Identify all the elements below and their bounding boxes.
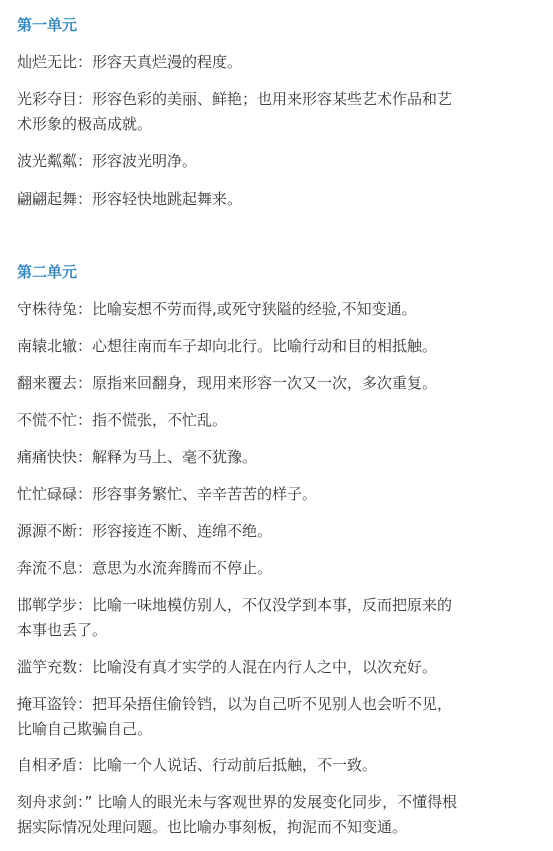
idiom-definition: 比喻没有真才实学的人混在内行人之中，以次充好。 — [92, 658, 437, 676]
separator: ： — [77, 559, 92, 577]
separator: ： — [77, 793, 85, 811]
idiom-term: 刻舟求剑 — [17, 793, 77, 811]
idiom-term: 痛痛快快 — [17, 448, 77, 466]
idiom-entry: 掩耳盗铃：把耳朵捂住偷铃铛，以为自己听不见别人也会听不见，比喻自己欺骗自己。 — [17, 692, 462, 742]
idiom-term: 邯郸学步 — [17, 596, 77, 614]
separator: ： — [77, 300, 92, 318]
idiom-definition: 解释为马上、毫不犹豫。 — [92, 448, 257, 466]
separator: ： — [77, 596, 92, 614]
idiom-term: 南辕北辙 — [17, 337, 77, 355]
idiom-entry: 自相矛盾：比喻一个人说话、行动前后抵触，不一致。 — [17, 753, 462, 778]
idiom-definition: 形容波光明净。 — [92, 152, 197, 170]
separator: ： — [77, 374, 92, 392]
separator: ： — [77, 658, 92, 676]
idiom-definition: 比喻一个人说话、行动前后抵触，不一致。 — [92, 756, 377, 774]
idiom-entry: 源源不断：形容接连不断、连绵不绝。 — [17, 519, 462, 544]
idiom-term: 翻来覆去 — [17, 374, 77, 392]
separator: ： — [77, 411, 92, 429]
idiom-term: 源源不断 — [17, 522, 77, 540]
separator: ： — [77, 756, 92, 774]
separator: ： — [77, 190, 92, 208]
idiom-definition: 形容天真烂漫的程度。 — [92, 53, 242, 71]
idiom-entry: 刻舟求剑：” 比喻人的眼光未与客观世界的发展变化同步，不懂得根据实际情况处理问题… — [17, 790, 462, 840]
idiom-entry: 南辕北辙：心想往南而车子却向北行。比喻行动和目的相抵触。 — [17, 334, 462, 359]
idiom-entry: 滥竽充数：比喻没有真才实学的人混在内行人之中，以次充好。 — [17, 655, 462, 680]
idiom-term: 翩翩起舞 — [17, 190, 77, 208]
idiom-term: 忙忙碌碌 — [17, 485, 77, 503]
idiom-term: 不慌不忙 — [17, 411, 77, 429]
idiom-term: 自相矛盾 — [17, 756, 77, 774]
unit-heading-2: 第二单元 — [17, 262, 77, 282]
idiom-term: 波光粼粼 — [17, 152, 77, 170]
idiom-definition: 指不慌张，不忙乱。 — [92, 411, 227, 429]
idiom-term: 掩耳盗铃 — [17, 695, 77, 713]
separator: ： — [77, 695, 92, 713]
idiom-entry: 光彩夺目：形容色彩的美丽、鲜艳；也用来形容某些艺术作品和艺术形象的极高成就。 — [17, 87, 462, 137]
idiom-entry: 守株待兔：比喻妄想不劳而得,或死守狭隘的经验,不知变通。 — [17, 297, 462, 322]
idiom-term: 灿烂无比 — [17, 53, 77, 71]
idiom-definition: 形容事务繁忙、辛辛苦苦的样子。 — [92, 485, 317, 503]
separator: ： — [77, 53, 92, 71]
idiom-definition: 心想往南而车子却向北行。比喻行动和目的相抵触。 — [92, 337, 437, 355]
idiom-term: 光彩夺目 — [17, 90, 77, 108]
idiom-entry: 波光粼粼：形容波光明净。 — [17, 149, 462, 174]
idiom-entry: 翻来覆去：原指来回翻身，现用来形容一次又一次，多次重复。 — [17, 371, 462, 396]
separator: ： — [77, 485, 92, 503]
separator: ： — [77, 448, 92, 466]
separator: ： — [77, 522, 92, 540]
idiom-definition: 形容接连不断、连绵不绝。 — [92, 522, 272, 540]
idiom-entry: 痛痛快快：解释为马上、毫不犹豫。 — [17, 445, 462, 470]
idiom-entry: 邯郸学步：比喻一味地模仿别人，不仅没学到本事，反而把原来的本事也丢了。 — [17, 593, 462, 643]
unit-heading-1: 第一单元 — [17, 15, 77, 35]
idiom-entry: 不慌不忙：指不慌张，不忙乱。 — [17, 408, 462, 433]
idiom-definition: 意思为水流奔腾而不停止。 — [92, 559, 272, 577]
separator: ： — [77, 152, 92, 170]
idiom-entry: 忙忙碌碌：形容事务繁忙、辛辛苦苦的样子。 — [17, 482, 462, 507]
idiom-definition: 形容轻快地跳起舞来。 — [92, 190, 242, 208]
idiom-definition: 原指来回翻身，现用来形容一次又一次，多次重复。 — [92, 374, 437, 392]
idiom-entry: 灿烂无比：形容天真烂漫的程度。 — [17, 50, 462, 75]
idiom-term: 奔流不息 — [17, 559, 77, 577]
separator: ： — [77, 90, 92, 108]
idiom-entry: 翩翩起舞：形容轻快地跳起舞来。 — [17, 187, 462, 212]
idiom-entry: 奔流不息：意思为水流奔腾而不停止。 — [17, 556, 462, 581]
separator: ： — [77, 337, 92, 355]
idiom-definition: 比喻妄想不劳而得,或死守狭隘的经验,不知变通。 — [92, 300, 417, 318]
idiom-term: 滥竽充数 — [17, 658, 77, 676]
idiom-term: 守株待兔 — [17, 300, 77, 318]
